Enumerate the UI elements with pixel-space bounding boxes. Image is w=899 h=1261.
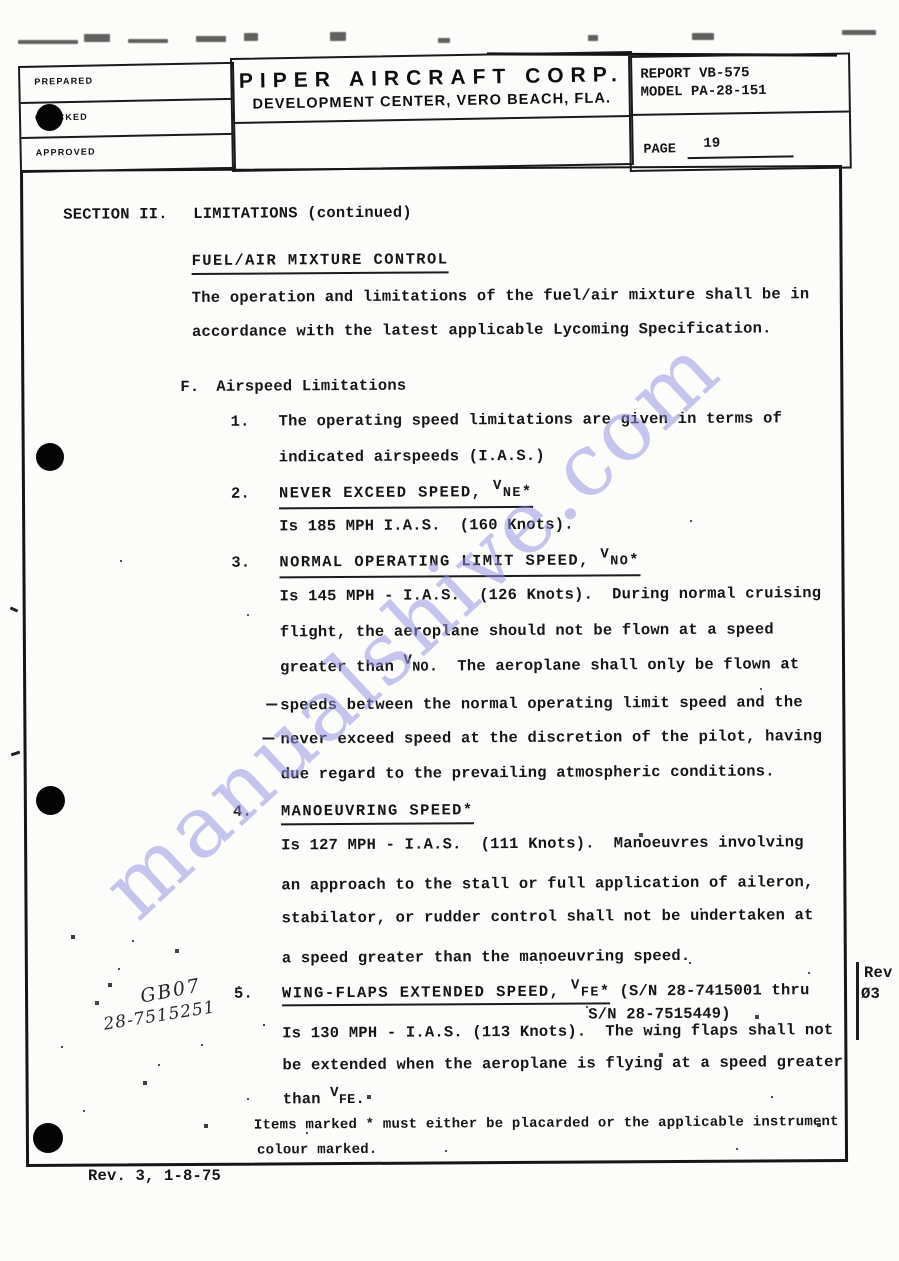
item-heading: WING-FLAPS EXTENDED SPEED, VFE* bbox=[282, 982, 611, 1006]
item-heading-row: WING-FLAPS EXTENDED SPEED, VFE*(S/N 28-7… bbox=[282, 980, 810, 1005]
scan-noise bbox=[842, 30, 876, 35]
page-number: 19 bbox=[703, 135, 720, 153]
text-segment: greater than bbox=[280, 658, 404, 677]
model-number: MODEL PA-28-151 bbox=[640, 81, 848, 102]
header-report-box: REPORT VB-575 MODEL PA-28-151 PAGE 19 bbox=[628, 53, 852, 172]
item-number: 1. bbox=[230, 412, 249, 432]
item-heading: NEVER EXCEED SPEED, VNE* bbox=[279, 482, 533, 510]
item-text: indicated airspeeds (I.A.S.) bbox=[279, 446, 545, 468]
item-number: 4. bbox=[233, 802, 252, 822]
scan-noise bbox=[196, 36, 226, 42]
scan-noise bbox=[128, 39, 168, 43]
heading-text: WING-FLAPS EXTENDED SPEED, bbox=[282, 983, 571, 1003]
vspeed-star: * bbox=[522, 483, 533, 501]
item-heading: NORMAL OPERATING LIMIT SPEED, VNO* bbox=[279, 550, 640, 578]
item-text: flight, the aeroplane should not be flow… bbox=[280, 619, 774, 642]
fuel-air-line: The operation and limitations of the fue… bbox=[192, 284, 810, 308]
item-text: than VFE. bbox=[283, 1089, 365, 1112]
page-number-underline bbox=[688, 155, 794, 159]
airspeed-label: F. bbox=[180, 377, 199, 397]
heading-text: NORMAL OPERATING LIMIT SPEED, bbox=[279, 551, 600, 571]
item-text: speeds between the normal operating limi… bbox=[280, 692, 803, 715]
vspeed-letter: V bbox=[330, 1085, 339, 1101]
item-text: greater than VNO. The aeroplane shall on… bbox=[280, 654, 799, 679]
vspeed-sub: FE bbox=[339, 1093, 356, 1108]
vspeed-star: * bbox=[629, 551, 640, 569]
vspeed-letter: V bbox=[403, 653, 412, 669]
margin-rev-number: Ø3 bbox=[861, 984, 880, 1004]
vspeed-letter: V bbox=[571, 978, 581, 994]
section-title: LIMITATIONS (continued) bbox=[193, 203, 412, 224]
header-company-box: PIPER AIRCRAFT CORP. DEVELOPMENT CENTER,… bbox=[230, 51, 634, 172]
punch-hole bbox=[33, 1123, 63, 1153]
scan-noise bbox=[84, 34, 110, 42]
vspeed-letter: V bbox=[600, 546, 610, 562]
vspeed-sub: NO bbox=[610, 554, 629, 569]
fuel-air-heading: FUEL/AIR MIXTURE CONTROL bbox=[191, 249, 448, 275]
scan-noise bbox=[330, 32, 346, 41]
punch-hole bbox=[36, 786, 65, 815]
item-number: 5. bbox=[234, 984, 253, 1004]
placard-note: colour marked. bbox=[257, 1140, 378, 1161]
scan-speckles bbox=[0, 0, 2, 2]
company-address: DEVELOPMENT CENTER, VERO BEACH, FLA. bbox=[233, 90, 631, 113]
scan-noise bbox=[244, 33, 258, 41]
item-number: 2. bbox=[231, 484, 250, 504]
vspeed-star: * bbox=[600, 982, 611, 1000]
item-text: never exceed speed at the discretion of … bbox=[280, 726, 822, 749]
scan-noise bbox=[18, 40, 78, 44]
footer-revision: Rev. 3, 1-8-75 bbox=[88, 1166, 221, 1186]
prepared-label: PREPARED bbox=[34, 76, 93, 87]
scan-noise bbox=[588, 35, 598, 41]
margin-rev-label: Rev bbox=[864, 963, 893, 983]
vspeed-sub: FE bbox=[581, 985, 600, 1000]
item-text: Is 130 MPH - I.A.S. (113 Knots). The win… bbox=[282, 1020, 833, 1043]
vspeed-sub: NE bbox=[503, 486, 522, 501]
scan-artifact bbox=[262, 737, 274, 739]
placard-note: Items marked * must either be placarded … bbox=[254, 1112, 839, 1136]
text-segment: than bbox=[283, 1090, 331, 1108]
item-text: due regard to the prevailing atmospheric… bbox=[281, 761, 775, 784]
ink-blob bbox=[36, 104, 63, 131]
scan-artifact bbox=[10, 607, 19, 613]
scan-artifact bbox=[266, 703, 277, 705]
scan-noise bbox=[438, 38, 450, 43]
text-segment: . The aeroplane shall only be flown at bbox=[429, 655, 800, 675]
text-segment: . bbox=[355, 1090, 365, 1108]
page-label: PAGE bbox=[643, 141, 676, 160]
airspeed-title: Airspeed Limitations bbox=[216, 376, 406, 397]
vspeed-letter: V bbox=[493, 478, 503, 494]
revision-bar bbox=[856, 962, 859, 1040]
company-name: PIPER AIRCRAFT CORP. bbox=[232, 63, 630, 94]
item-text: a speed greater than the manoeuvring spe… bbox=[282, 946, 691, 968]
section-id: SECTION II. bbox=[63, 204, 168, 225]
item-text: stabilator, or rudder control shall not … bbox=[282, 905, 814, 928]
fuel-air-line: accordance with the latest applicable Ly… bbox=[192, 318, 772, 342]
item-heading: MANOEUVRING SPEED* bbox=[281, 800, 474, 825]
item-text: Is 145 MPH - I.A.S. (126 Knots). During … bbox=[280, 583, 822, 606]
serial-range: (S/N 28-7415001 thru bbox=[619, 981, 809, 1000]
approved-label: APPROVED bbox=[36, 147, 96, 158]
item-text: an approach to the stall or full applica… bbox=[281, 872, 813, 895]
heading-text: NEVER EXCEED SPEED, bbox=[279, 483, 493, 502]
item-text: be extended when the aeroplane is flying… bbox=[282, 1052, 843, 1075]
scanned-document-page: PREPARED CHECKED APPROVED PIPER AIRCRAFT… bbox=[0, 0, 899, 1261]
item-number: 3. bbox=[231, 553, 250, 573]
punch-hole bbox=[36, 443, 64, 471]
vspeed-sub: NO bbox=[412, 661, 429, 676]
item-text: Is 127 MPH - I.A.S. (111 Knots). Manoeuv… bbox=[281, 832, 804, 855]
item-text: Is 185 MPH I.A.S. (160 Knots). bbox=[279, 515, 574, 537]
scan-artifact bbox=[11, 751, 20, 757]
item-text: The operating speed limitations are give… bbox=[278, 408, 782, 431]
scan-noise bbox=[692, 33, 714, 40]
